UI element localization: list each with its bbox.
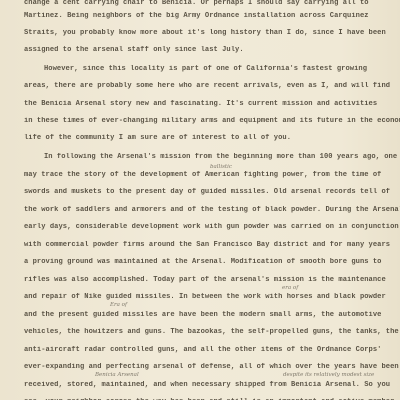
- handwritten-annotation: era of: [282, 285, 298, 291]
- text-line: the Benicia Arsenal story new and fascin…: [24, 100, 377, 108]
- text-line: the work of saddlers and armorers and of…: [24, 206, 400, 214]
- text-line: received, stored, maintained, and when n…: [24, 381, 390, 389]
- text-line: swords and muskets to the present day of…: [24, 188, 390, 196]
- text-line: may trace the story of the development o…: [24, 171, 381, 179]
- text-line: areas, there are probably some here who …: [24, 82, 390, 90]
- text-line: change a cent carrying chair to Benicia.…: [24, 0, 369, 7]
- text-line: vehicles, the howitzers and guns. The ba…: [24, 328, 399, 336]
- handwritten-annotation: despite its relatively modest size: [283, 372, 374, 378]
- text-line: Martinez. Being neighbors of the big Arm…: [24, 12, 369, 20]
- text-line: rifles was also accomplished. Today part…: [24, 276, 386, 284]
- text-line: assigned to the arsenal staff only since…: [24, 46, 244, 54]
- text-line: in these times of ever-changing military…: [24, 117, 400, 125]
- text-line: a proving ground was maintained at the A…: [24, 258, 381, 266]
- text-line: ever-expanding and perfecting arsenal of…: [24, 363, 399, 371]
- text-line: anti-aircraft radar controlled guns, and…: [24, 346, 381, 354]
- text-line: and the present guided missiles are have…: [24, 311, 381, 319]
- text-line: Straits, you probably know more about it…: [24, 29, 386, 37]
- text-line: life of the community I am sure are of i…: [24, 134, 291, 142]
- text-line: However, since this locality is part of …: [44, 65, 367, 73]
- text-line: with commercial powder firms around the …: [24, 241, 390, 249]
- text-line: In following the Arsenal's mission from …: [44, 153, 397, 161]
- handwritten-annotation: ballistic: [210, 164, 232, 170]
- text-line: early days, considerable development wor…: [24, 223, 399, 231]
- handwritten-annotation: Benicia Arsenal: [95, 372, 139, 378]
- text-line: and repair of Nike guided missiles. In b…: [24, 293, 386, 301]
- scanned-document-page: change a cent carrying chair to Benicia.…: [0, 0, 400, 400]
- handwritten-annotation: Era of: [110, 302, 127, 308]
